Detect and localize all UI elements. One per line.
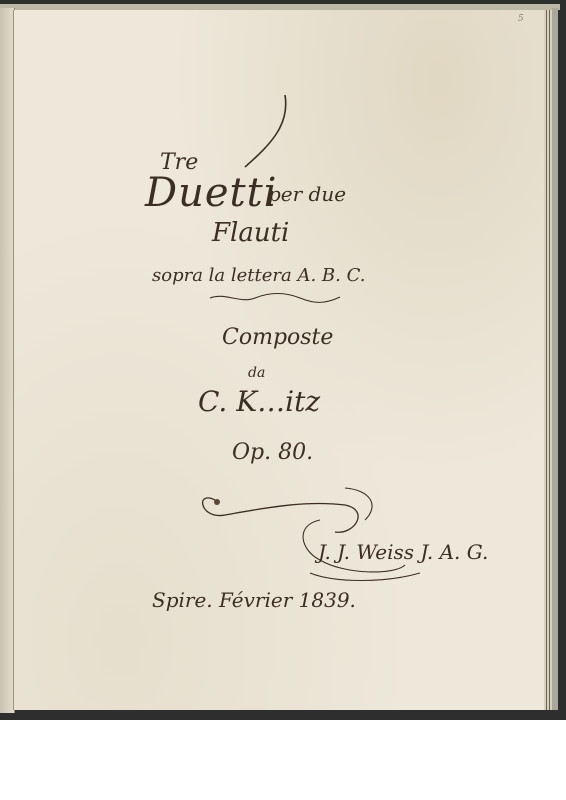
folio-number: 5 (518, 14, 524, 24)
title-duetti: Duetti (145, 170, 277, 216)
opus-number: Op. 80. (232, 440, 313, 465)
composer-name: C. K…itz (198, 385, 320, 418)
copyist-signature: J. J. Weiss J. A. G. (318, 540, 488, 564)
tre-flourish-icon (240, 95, 300, 175)
title-sopra-la-lettera: sopra la lettera A. B. C. (152, 265, 365, 286)
title-flauti: Flauti (212, 218, 289, 248)
title-per-due: per due (268, 182, 346, 206)
by-label: da (248, 365, 265, 381)
place-and-date: Spire. Février 1839. (152, 588, 356, 612)
wavy-divider-icon (210, 292, 340, 304)
signature-underline-icon (305, 565, 425, 585)
composed-label: Composte (222, 325, 333, 350)
right-board-edge (552, 8, 558, 710)
